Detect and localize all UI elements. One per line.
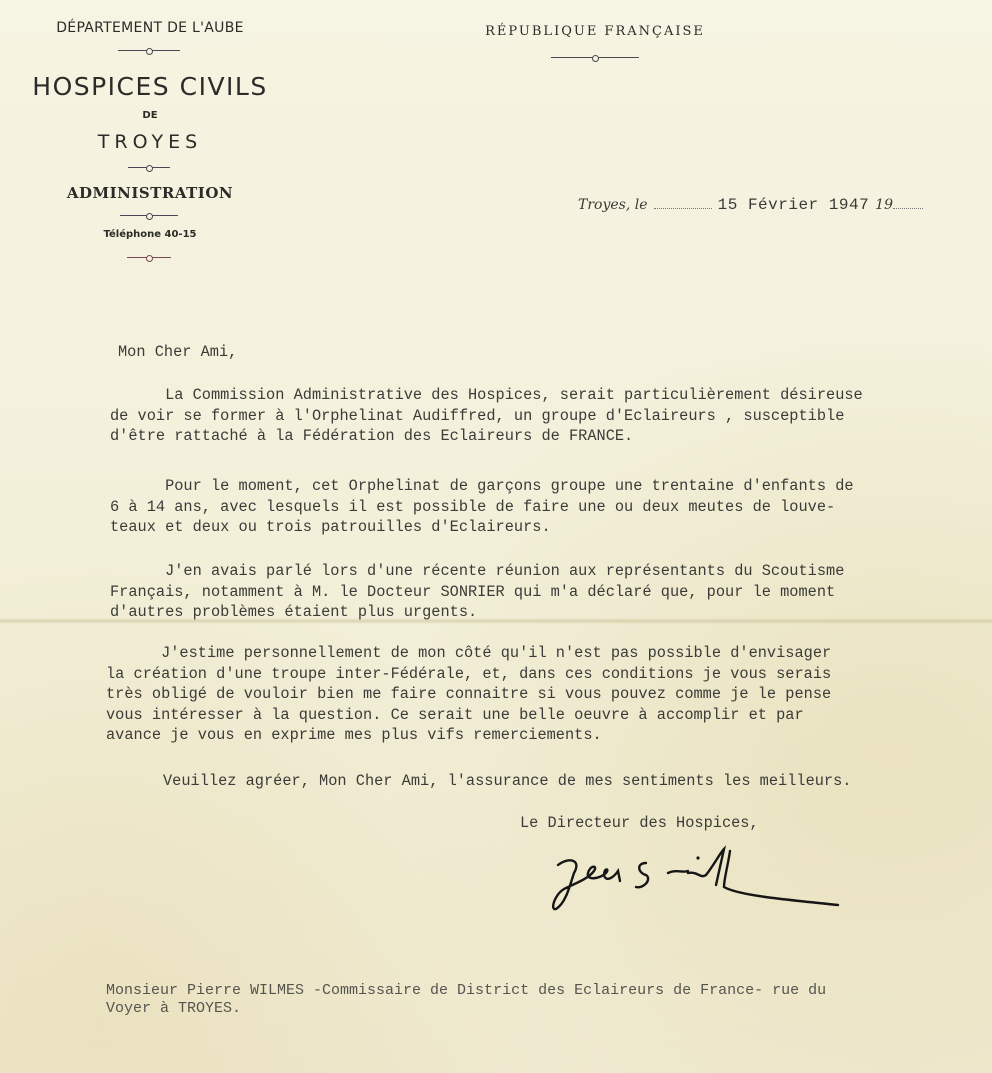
recipient-address: Monsieur Pierre WILMES -Commissaire de D… [106, 982, 826, 1018]
handwritten-signature-icon [548, 845, 848, 920]
closing-formula: Veuillez agréer, Mon Cher Ami, l'assuran… [163, 771, 851, 792]
institution-de: DE [110, 110, 190, 121]
paragraph-1: La Commission Administrative des Hospice… [110, 385, 863, 447]
paragraph-2: Pour le moment, cet Orphelinat de garçon… [110, 476, 854, 538]
paragraph-3: J'en avais parlé lors d'une récente réun… [110, 561, 844, 623]
ornament-divider-icon [127, 257, 171, 258]
department-heading: DÉPARTEMENT DE L'AUBE [40, 20, 260, 36]
signatory-title: Le Directeur des Hospices, [520, 813, 759, 834]
date-place-prefix: Troyes, le [578, 197, 648, 213]
ornament-divider-icon [118, 50, 180, 51]
letter-date: 15 Février 1947 [712, 196, 876, 214]
service-heading: ADMINISTRATION [50, 184, 250, 202]
ornament-divider-icon [128, 167, 170, 168]
institution-city: TROYES [80, 131, 220, 153]
dotted-leader [654, 198, 712, 209]
dotted-leader [893, 198, 923, 209]
paragraph-4: J'estime personnellement de mon côté qu'… [106, 643, 831, 746]
printed-year-suffix: 19 [875, 197, 893, 213]
salutation: Mon Cher Ami, [118, 342, 237, 363]
ornament-divider-icon [120, 215, 178, 216]
institution-name: HOSPICES CIVILS [10, 72, 290, 101]
republic-heading: RÉPUBLIQUE FRANÇAISE [430, 24, 760, 39]
telephone-number: Téléphone 40-15 [80, 229, 220, 240]
date-line: Troyes, le 15 Février 1947 19 [578, 196, 923, 214]
ornament-divider-icon [551, 57, 639, 58]
